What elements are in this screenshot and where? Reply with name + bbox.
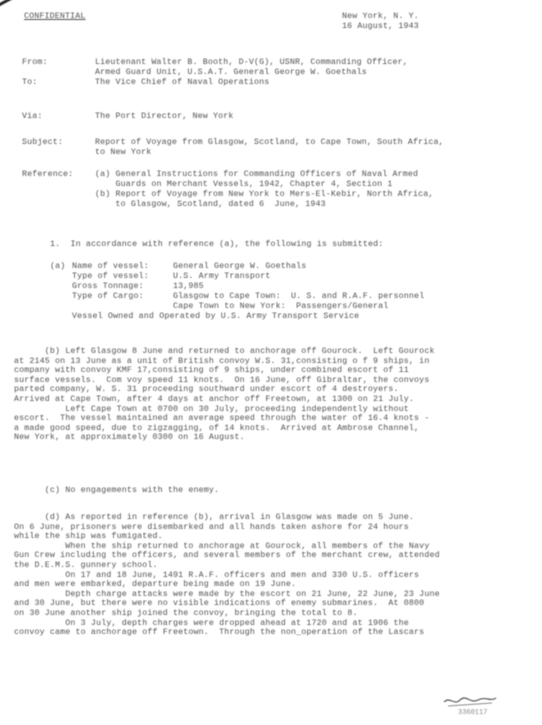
document-line: the D.E.M.S. gunnery school.: [14, 561, 158, 570]
reference-b-line-1: (b) Report of Voyage from New York to Me…: [95, 190, 434, 199]
document-line: parted company, W. S. 31 proceeding sout…: [14, 385, 399, 394]
references-label: Reference:: [22, 170, 73, 179]
subject-line-1: Report of Voyage from Glasgow, Scotland,…: [95, 138, 444, 147]
reference-a-line-2: Guards on Merchant Vessels, 1942, Chapte…: [95, 180, 392, 189]
document-line: (b) Left Glasgow 8 June and returned to …: [14, 347, 435, 356]
vessel-type-label: Type of vessel:: [72, 272, 149, 281]
document-line: and men were embarked, departure being m…: [14, 580, 296, 589]
document-line: Left Cape Town at 0700 on 30 July, proce…: [14, 405, 409, 414]
vessel-name-value: General George W. Goethals: [173, 262, 306, 271]
paragraph-1: 1. In accordance with reference (a), the…: [50, 240, 383, 249]
from-line-2: Armed Guard Unit, U.S.A.T. General Georg…: [95, 68, 367, 77]
document-line: while the ship was fumigated.: [14, 532, 163, 541]
document-line: surface vessels. Com voy speed 11 knots.…: [14, 376, 429, 385]
document-line: New York, at approximately 0300 on 16 Au…: [14, 433, 245, 442]
document-line: convoy came to anchorage off Freetown. T…: [14, 628, 424, 637]
document-line: at 2145 on 13 June as a unit of British …: [14, 357, 429, 366]
paragraph-c: (c) No engagements with the enemy.: [14, 486, 219, 495]
reference-b-line-2: to Glasgow, Scotland, dated 6 June, 1943: [95, 200, 326, 209]
reference-a-line-1: (a) General Instructions for Commanding …: [95, 170, 418, 179]
from-label: From:: [22, 58, 48, 67]
vessel-name-label: Name of vessel:: [72, 262, 149, 271]
scanned-document-page: CONFIDENTIAL New York, N. Y. 16 August, …: [0, 0, 542, 725]
cargo-value-1: Glasgow to Cape Town: U. S. and R.A.F. p…: [173, 292, 424, 301]
document-line: On 6 June, prisoners were disembarked an…: [14, 523, 409, 532]
document-line: escort. The vessel maintained an average…: [14, 414, 429, 423]
document-line: Depth charge attacks were made by the es…: [14, 590, 440, 599]
document-line: Gun Crew including the officers, and sev…: [14, 551, 440, 560]
document-line: On 3 July, depth charges were dropped ah…: [14, 619, 409, 628]
subject-line-2: to New York: [95, 148, 151, 157]
vessel-owner-line: Vessel Owned and Operated by U.S. Army T…: [72, 312, 359, 321]
signature-number: 3360117: [458, 709, 487, 717]
date-line: 16 August, 1943: [342, 22, 419, 31]
document-line: Arrived at Cape Town, after 4 days at an…: [14, 395, 414, 404]
classification-stamp: CONFIDENTIAL: [24, 12, 86, 21]
document-line: (d) As reported in reference (b), arriva…: [14, 513, 414, 522]
cargo-label: Type of Cargo:: [72, 292, 144, 301]
via-label: Via:: [22, 112, 43, 121]
document-line: On 17 and 18 June, 1491 R.A.F. officers …: [14, 571, 419, 580]
subject-label: Subject:: [22, 138, 63, 147]
document-line: a made good speed, due to zigzagging, of…: [14, 424, 419, 433]
from-line-1: Lieutenant Walter B. Booth, D-V(G), USNR…: [95, 58, 408, 67]
place-line: New York, N. Y.: [342, 12, 419, 21]
tonnage-label: Gross Tonnage:: [72, 282, 144, 291]
vessel-type-value: U.S. Army Transport: [173, 272, 270, 281]
document-line: company with convoy KMF 17,consisting of…: [14, 366, 409, 375]
document-line: and 30 June, but there were no visible i…: [14, 599, 424, 608]
to-label: To:: [22, 78, 37, 87]
document-line: on 30 June another ship joined the convo…: [14, 609, 358, 618]
tonnage-value: 13,985: [173, 282, 204, 291]
scan-corner-mark: [0, 0, 25, 8]
via-value: The Port Director, New York: [95, 112, 233, 121]
to-value: The Vice Chief of Naval Operations: [95, 78, 269, 87]
cargo-value-2: Cape Town to New York: Passengers/Genera…: [173, 302, 388, 311]
vessel-a-label: (a): [50, 262, 65, 271]
document-line: When the ship returned to anchorage at G…: [14, 542, 429, 551]
